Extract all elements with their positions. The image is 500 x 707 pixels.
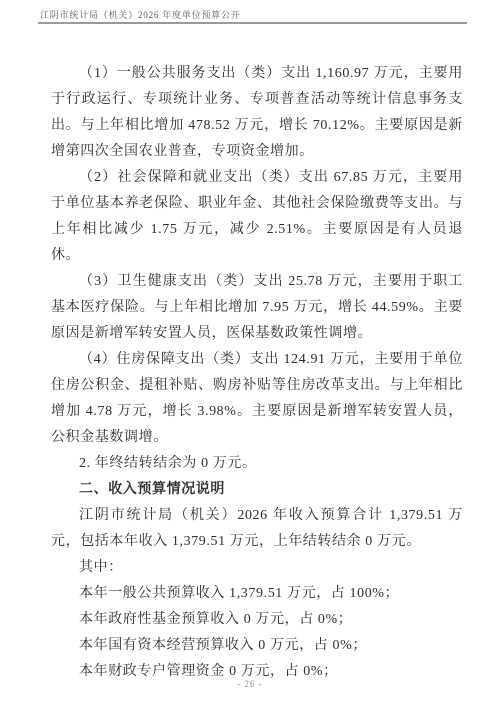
paragraph-expense-general-public-services: （1）一般公共服务支出（类）支出 1,160.97 万元，主要用于行政运行、专项…	[51, 61, 463, 165]
paragraph-year-end-balance: 2. 年终结转结余为 0 万元。	[51, 451, 463, 477]
paragraph-including-label: 其中：	[51, 555, 463, 581]
document-header-title: 江阴市统计局（机关）2026 年度单位预算公开	[40, 8, 241, 21]
paragraph-expense-housing: （4）住房保障支出（类）支出 124.91 万元，主要用于单位住房公积金、提租补…	[51, 347, 463, 451]
paragraph-expense-social-security: （2）社会保障和就业支出（类）支出 67.85 万元，主要用于单位基本养老保险、…	[51, 165, 463, 269]
page-footer: - 26 -	[0, 679, 500, 689]
paragraph-expense-health: （3）卫生健康支出（类）支出 25.78 万元，主要用于职工基本医疗保险。与上年…	[51, 269, 463, 347]
document-body: （1）一般公共服务支出（类）支出 1,160.97 万元，主要用于行政运行、专项…	[51, 61, 463, 685]
paragraph-income-general-public-budget: 本年一般公共预算收入 1,379.51 万元，占 100%；	[51, 581, 463, 607]
paragraph-income-state-capital: 本年国有资本经营预算收入 0 万元，占 0%；	[51, 633, 463, 659]
header-divider	[38, 22, 467, 24]
paragraph-income-total: 江阴市统计局（机关）2026 年收入预算合计 1,379.51 万元，包括本年收…	[51, 503, 463, 555]
document-page: 江阴市统计局（机关）2026 年度单位预算公开 （1）一般公共服务支出（类）支出…	[0, 0, 500, 707]
paragraph-income-government-fund: 本年政府性基金预算收入 0 万元，占 0%；	[51, 607, 463, 633]
page-number: - 26 -	[237, 679, 263, 689]
section-heading-income-budget: 二、收入预算情况说明	[51, 477, 463, 503]
